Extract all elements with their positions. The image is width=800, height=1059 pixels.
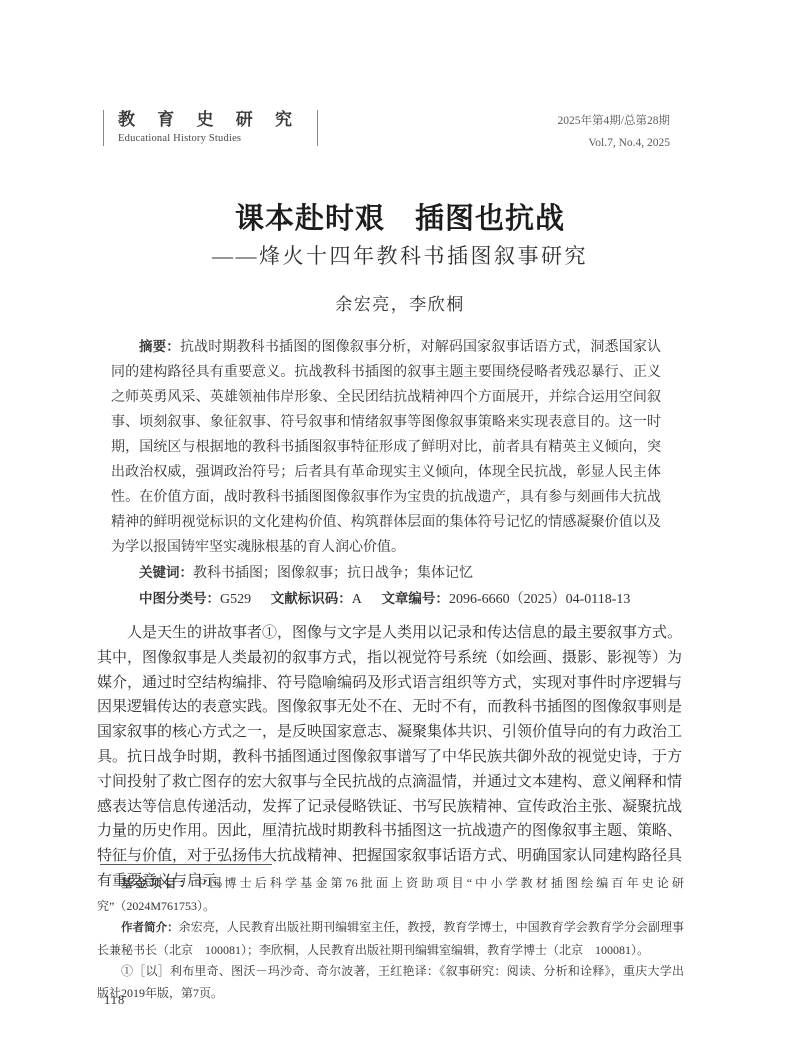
keywords-label: 关键词：: [139, 565, 193, 580]
journal-page: 教 育 史 研 究 Educational History Studies 20…: [0, 0, 800, 1059]
clc-value: G529: [220, 592, 251, 607]
keywords-text: 教科书插图；图像叙事；抗日战争；集体记忆: [193, 566, 473, 581]
page-header: 教 育 史 研 究 Educational History Studies 20…: [103, 110, 670, 155]
keywords-line: 关键词：教科书插图；图像叙事；抗日战争；集体记忆: [111, 560, 661, 586]
fund-note: 基金项目：中国博士后科学基金第76批面上资助项目“中小学教材插图绘编百年史论研究…: [97, 873, 684, 917]
abstract-text: 抗战时期教科书插图的图像叙事分析，对解码国家叙事话语方式，洞悉国家认同的建构路径…: [111, 340, 661, 555]
classification-line: 中图分类号：G529文献标识码：A文章编号：2096-6660（2025）04-…: [111, 586, 661, 612]
body-paragraph: 人是天生的讲故事者①，图像与文字是人类用以记录和传达信息的最主要叙事方式。其中，…: [97, 621, 682, 894]
article-id-label: 文章编号：: [381, 591, 449, 606]
issue-number-en: Vol.7, No.4, 2025: [558, 132, 670, 154]
footnotes-section: 基金项目：中国博士后科学基金第76批面上资助项目“中小学教材插图绘编百年史论研究…: [97, 873, 684, 1004]
abstract-paragraph: 摘要：抗战时期教科书插图的图像叙事分析，对解码国家叙事话语方式，洞悉国家认同的建…: [111, 334, 661, 560]
journal-name-chinese: 教 育 史 研 究: [118, 111, 301, 130]
clc-label: 中图分类号：: [139, 591, 220, 606]
issue-number-cn: 2025年第4期/总第28期: [558, 110, 670, 132]
author-bio-text: 余宏亮，人民教育出版社期刊编辑室主任，教授，教育学博士，中国教育学会教育学分会副…: [97, 920, 684, 957]
article-title: 课本赴时艰 插图也抗战: [0, 196, 800, 237]
author-bio-label: 作者简介：: [121, 922, 179, 934]
journal-logo: 教 育 史 研 究 Educational History Studies: [103, 110, 318, 146]
body-section: 人是天生的讲故事者①，图像与文字是人类用以记录和传达信息的最主要叙事方式。其中，…: [97, 621, 682, 894]
abstract-label: 摘要：: [139, 339, 180, 354]
author-bio-note: 作者简介：余宏亮，人民教育出版社期刊编辑室主任，教授，教育学博士，中国教育学会教…: [97, 917, 684, 961]
article-authors: 余宏亮，李欣桐: [0, 290, 800, 315]
abstract-section: 摘要：抗战时期教科书插图的图像叙事分析，对解码国家叙事话语方式，洞悉国家认同的建…: [111, 334, 661, 612]
fund-label: 基金项目：: [121, 878, 194, 890]
article-id-value: 2096-6660（2025）04-0118-13: [449, 592, 630, 607]
footnote-separator: [100, 864, 272, 865]
journal-name-english: Educational History Studies: [118, 133, 301, 144]
page-number: 118: [104, 993, 125, 1008]
citation-note: ①［以］利布里奇、图沃－玛沙奇、奇尔波著，王红艳译：《叙事研究：阅读、分析和诠释…: [97, 961, 684, 1004]
issue-info: 2025年第4期/总第28期 Vol.7, No.4, 2025: [558, 110, 670, 155]
doc-code-value: A: [352, 592, 362, 607]
doc-code-label: 文献标识码：: [271, 591, 352, 606]
article-subtitle: ——烽火十四年教科书插图叙事研究: [0, 240, 800, 270]
